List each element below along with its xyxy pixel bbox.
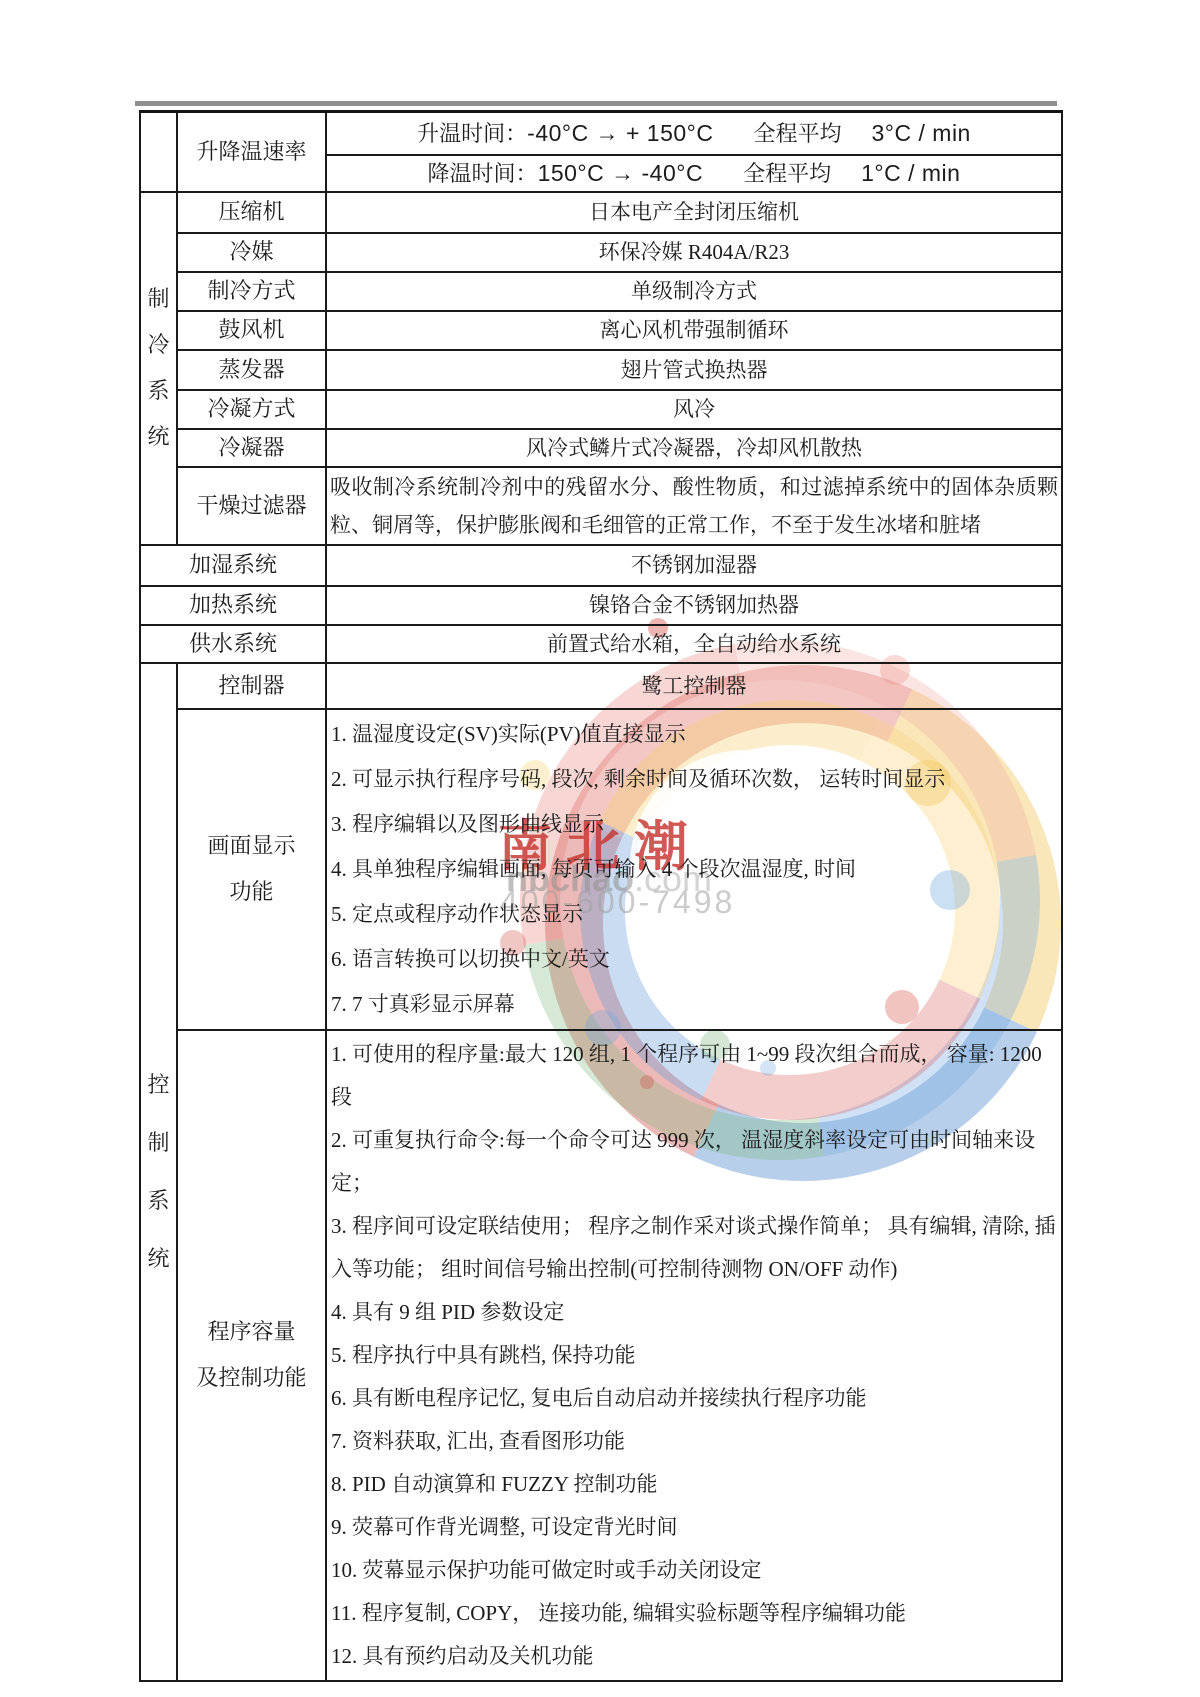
spec-table: 升降温速率 升温时间：-40°C → + 150°C全程平均3°C / min …: [139, 110, 1063, 1682]
list-item: 7. 7 寸真彩显示屏幕: [331, 982, 1057, 1027]
list-item: 7. 资料获取, 汇出, 查看图形功能: [331, 1420, 1057, 1463]
list-item: 12. 具有预约启动及关机功能: [331, 1635, 1057, 1678]
row-value-heating-system: 镍铬合金不锈钢加热器: [326, 586, 1062, 625]
row-label-water-supply-system: 供水系统: [140, 625, 326, 663]
row-label-humidification-system: 加湿系统: [140, 545, 326, 586]
cooling-range: 150°C → -40°C: [538, 160, 704, 186]
list-item: 4. 具有 9 组 PID 参数设定: [331, 1291, 1057, 1334]
row-value-compressor: 日本电产全封闭压缩机: [326, 192, 1062, 233]
display-label-line2: 功能: [178, 869, 325, 915]
heating-prefix: 升温时间：: [417, 121, 527, 146]
list-item: 10. 荧幕显示保护功能可做定时或手动关闭设定: [331, 1549, 1057, 1592]
table-row: 冷媒 环保冷媒 R404A/R23: [140, 233, 1062, 272]
table-row: 鼓风机 离心风机带强制循环: [140, 311, 1062, 350]
heating-avg-label: 全程平均: [754, 121, 842, 146]
row-label-condenser: 冷凝器: [177, 429, 326, 467]
heating-rate-value: 升温时间：-40°C → + 150°C全程平均3°C / min: [326, 112, 1062, 155]
row-label-dry-filter: 干燥过滤器: [177, 467, 326, 545]
list-item: 3. 程序间可设定联结使用； 程序之制作采对谈式操作简单； 具有编辑, 清除, …: [331, 1205, 1057, 1291]
program-label-line2: 及控制功能: [178, 1355, 325, 1401]
row-value-condensing-method: 风冷: [326, 390, 1062, 429]
row-value-cooling-method: 单级制冷方式: [326, 272, 1062, 311]
row-label-display-functions: 画面显示 功能: [177, 709, 326, 1030]
list-item: 1. 可使用的程序量:最大 120 组, 1 个程序可由 1~99 段次组合而成…: [331, 1033, 1057, 1119]
table-row: 供水系统 前置式给水箱，全自动给水系统: [140, 625, 1062, 663]
heating-range: -40°C → + 150°C: [527, 120, 713, 146]
program-functions-list: 1. 可使用的程序量:最大 120 组, 1 个程序可由 1~99 段次组合而成…: [326, 1030, 1062, 1681]
row-value-refrigerant: 环保冷媒 R404A/R23: [326, 233, 1062, 272]
row-label-controller: 控制器: [177, 663, 326, 709]
table-row: 蒸发器 翅片管式换热器: [140, 350, 1062, 390]
empty-corner-cell: [140, 112, 177, 192]
list-item: 4. 具单独程序编辑画面, 每页可输入 4 个段次温湿度, 时间: [331, 847, 1057, 892]
list-item: 3. 程序编辑以及图形曲线显示: [331, 802, 1057, 847]
display-label-line1: 画面显示: [178, 823, 325, 869]
list-item: 8. PID 自动演算和 FUZZY 控制功能: [331, 1463, 1057, 1506]
category-refrigeration-system: 制冷系统: [140, 192, 177, 545]
row-label-rate: 升降温速率: [177, 112, 326, 192]
list-item: 2. 可重复执行命令:每一个命令可达 999 次， 温湿度斜率设定可由时间轴来设…: [331, 1119, 1057, 1205]
table-row: 程序容量 及控制功能 1. 可使用的程序量:最大 120 组, 1 个程序可由 …: [140, 1030, 1062, 1681]
row-value-evaporator: 翅片管式换热器: [326, 350, 1062, 390]
table-row: 制冷方式 单级制冷方式: [140, 272, 1062, 311]
table-row: 制冷系统 压缩机 日本电产全封闭压缩机: [140, 192, 1062, 233]
row-label-refrigerant: 冷媒: [177, 233, 326, 272]
program-label-line1: 程序容量: [178, 1309, 325, 1355]
cooling-avg-label: 全程平均: [743, 161, 831, 186]
row-value-blower: 离心风机带强制循环: [326, 311, 1062, 350]
list-item: 5. 程序执行中具有跳档, 保持功能: [331, 1334, 1057, 1377]
cooling-prefix: 降温时间：: [428, 161, 538, 186]
table-row: 控制系统 控制器 鹭工控制器: [140, 663, 1062, 709]
list-item: 5. 定点或程序动作状态显示: [331, 892, 1057, 937]
list-item: 1. 温湿度设定(SV)实际(PV)值直接显示: [331, 712, 1057, 757]
heating-avg-value: 3°C / min: [872, 120, 971, 146]
list-item: 2. 可显示执行程序号码, 段次, 剩余时间及循环次数， 运转时间显示: [331, 757, 1057, 802]
table-row: 冷凝方式 风冷: [140, 390, 1062, 429]
row-value-condenser: 风冷式鳞片式冷凝器，冷却风机散热: [326, 429, 1062, 467]
table-row: 升降温速率 升温时间：-40°C → + 150°C全程平均3°C / min: [140, 112, 1062, 155]
list-item: 9. 荧幕可作背光调整, 可设定背光时间: [331, 1506, 1057, 1549]
list-item: 6. 语言转换可以切换中文/英文: [331, 937, 1057, 982]
table-row: 画面显示 功能 1. 温湿度设定(SV)实际(PV)值直接显示 2. 可显示执行…: [140, 709, 1062, 1030]
list-item: 11. 程序复制, COPY， 连接功能, 编辑实验标题等程序编辑功能: [331, 1592, 1057, 1635]
list-item: 6. 具有断电程序记忆, 复电后自动启动并接续执行程序功能: [331, 1377, 1057, 1420]
row-label-cooling-method: 制冷方式: [177, 272, 326, 311]
row-value-water-supply-system: 前置式给水箱，全自动给水系统: [326, 625, 1062, 663]
row-label-blower: 鼓风机: [177, 311, 326, 350]
table-row: 加湿系统 不锈钢加湿器: [140, 545, 1062, 586]
table-top-shadow-bar: [135, 101, 1057, 106]
cooling-rate-value: 降温时间：150°C → -40°C全程平均1°C / min: [326, 155, 1062, 192]
table-row: 加热系统 镍铬合金不锈钢加热器: [140, 586, 1062, 625]
row-label-compressor: 压缩机: [177, 192, 326, 233]
row-value-controller: 鹭工控制器: [326, 663, 1062, 709]
row-label-program-capacity: 程序容量 及控制功能: [177, 1030, 326, 1681]
row-value-dry-filter: 吸收制冷系统制冷剂中的残留水分、酸性物质，和过滤掉系统中的固体杂质颗粒、铜屑等，…: [326, 467, 1062, 545]
row-value-humidification-system: 不锈钢加湿器: [326, 545, 1062, 586]
document-page: 南北潮 nbchao.com 400-600-7498 升降温速率 升温时间：-…: [0, 0, 1200, 1697]
row-label-evaporator: 蒸发器: [177, 350, 326, 390]
row-label-heating-system: 加热系统: [140, 586, 326, 625]
display-functions-list: 1. 温湿度设定(SV)实际(PV)值直接显示 2. 可显示执行程序号码, 段次…: [326, 709, 1062, 1030]
cooling-avg-value: 1°C / min: [861, 160, 960, 186]
row-label-condensing-method: 冷凝方式: [177, 390, 326, 429]
table-row: 冷凝器 风冷式鳞片式冷凝器，冷却风机散热: [140, 429, 1062, 467]
category-control-system: 控制系统: [140, 663, 177, 1681]
table-row: 干燥过滤器 吸收制冷系统制冷剂中的残留水分、酸性物质，和过滤掉系统中的固体杂质颗…: [140, 467, 1062, 545]
